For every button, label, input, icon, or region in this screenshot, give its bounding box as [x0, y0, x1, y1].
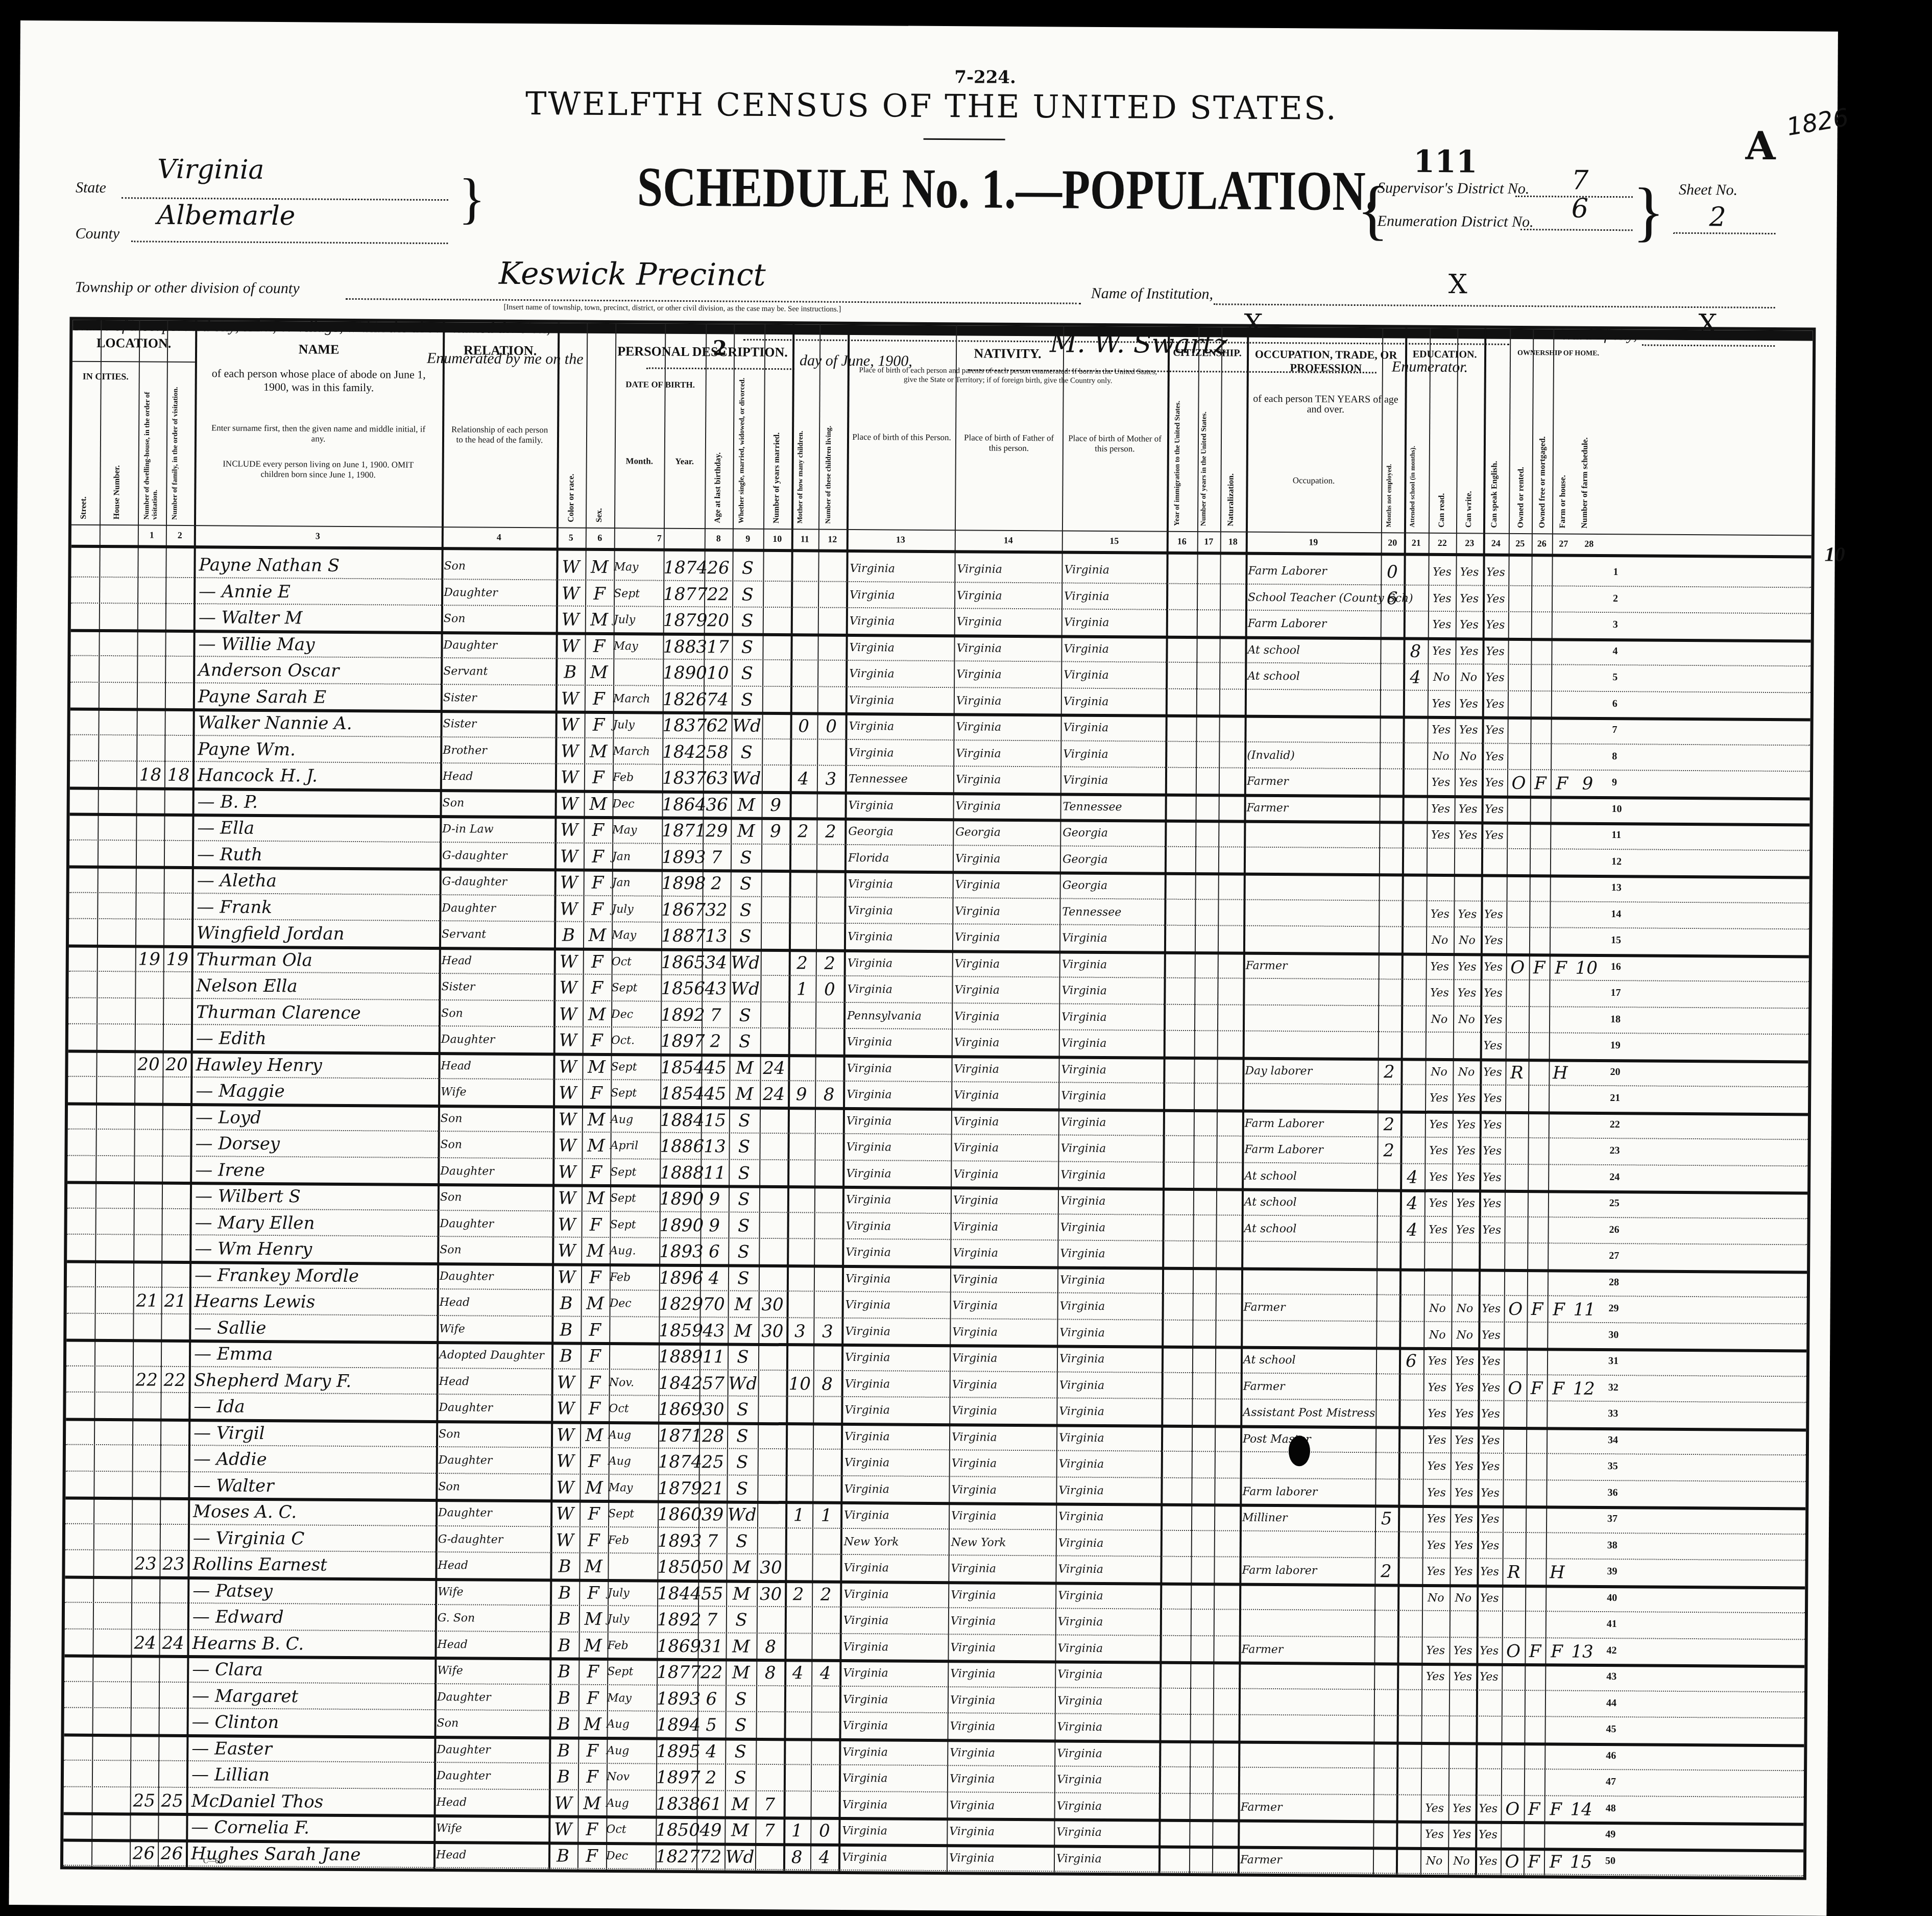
cell-bf: Virginia [957, 611, 1061, 636]
cell-mu [1379, 850, 1402, 875]
cell-year: 1892 [661, 1003, 702, 1028]
cell-fm [1530, 877, 1550, 902]
cell-fam [165, 554, 194, 579]
cell-ym [760, 1004, 788, 1029]
cell-name: — Willie May [198, 633, 438, 659]
cell-month: Feb [608, 1529, 658, 1555]
cell-occ: Farmer [1246, 797, 1379, 823]
cell-write: Yes [1452, 1219, 1479, 1244]
cell-read: Yes [1423, 1350, 1451, 1375]
form-code: 7-224. [954, 67, 1016, 88]
cell-fam [164, 711, 192, 736]
cell-name: — Frankey Mordle [195, 1264, 434, 1290]
cell-sch [1399, 1324, 1423, 1349]
cell-sch [1397, 1587, 1422, 1612]
cell-month [613, 661, 663, 687]
cell-cl [812, 1610, 840, 1635]
cell-sex: F [584, 767, 613, 792]
cell-dw [136, 711, 164, 736]
cell-bm: Virginia [1058, 1479, 1161, 1505]
cell-bp: Virginia [845, 1294, 950, 1320]
cell-eng [1476, 1718, 1501, 1743]
cell-bf: Virginia [953, 1216, 1057, 1241]
cell-age: 9 [701, 1188, 729, 1213]
township-label: Township or other division of county [75, 279, 300, 298]
cell-rel: G-daughter [442, 871, 553, 896]
line-number: 43 [1606, 1671, 1616, 1683]
cell-own [1507, 746, 1530, 771]
cell-fs [1571, 1167, 1599, 1192]
cell-moc [787, 1162, 814, 1187]
cell-bm: Tennessee [1062, 796, 1165, 821]
supervisor-value: 7 [1572, 165, 1588, 196]
cell-mar: S [730, 899, 761, 924]
cell-bp: Virginia [843, 1557, 948, 1583]
cell-sex: F [580, 1398, 609, 1423]
cell-color: B [549, 1687, 578, 1712]
cell-eng: Yes [1480, 983, 1506, 1008]
cell-mar: S [725, 1766, 756, 1791]
cell-fh [1545, 1666, 1568, 1691]
cell-name: Nelson Ella [196, 974, 436, 1001]
line-number: 35 [1608, 1460, 1618, 1472]
cell-year: 1884 [660, 1109, 701, 1134]
cell-cl: 0 [810, 1820, 838, 1845]
cell-dw [131, 1605, 159, 1630]
cell-own [1508, 693, 1531, 718]
cell-read [1421, 1692, 1449, 1717]
cell-cl [817, 741, 845, 767]
cell-month: March [613, 688, 663, 713]
cell-eng: Yes [1483, 614, 1508, 639]
column-number: 12 [818, 534, 847, 545]
cell-fam [159, 1658, 187, 1683]
cell-cl [812, 1557, 840, 1582]
cell-mu: 0 [1381, 561, 1404, 586]
cell-name: Payne Wm. [198, 738, 438, 764]
cell-sex: F [582, 1082, 611, 1107]
cell-bp: Virginia [849, 636, 954, 662]
cell-year: 1898 [662, 872, 703, 897]
cell-cl [814, 1241, 842, 1266]
cell-occ [1246, 876, 1379, 902]
cell-read: Yes [1421, 1639, 1449, 1664]
cell-month [609, 1345, 659, 1371]
cell-occ: Farmer [1246, 954, 1379, 980]
cell-own [1507, 720, 1530, 745]
cell-fs: 10 [1573, 956, 1601, 981]
cell-bp: Virginia [849, 663, 954, 688]
cell-cl [815, 1004, 843, 1029]
cell-ym [759, 1267, 787, 1292]
cell-mu [1373, 1797, 1396, 1822]
cell-sex: F [584, 845, 612, 870]
cell-month: Sept [614, 583, 663, 608]
cell-ym: 8 [756, 1635, 784, 1660]
cell-read: Yes [1422, 1481, 1450, 1506]
cell-write [1448, 1745, 1476, 1770]
cell-eng: Yes [1475, 1798, 1501, 1823]
cell-bm: Virginia [1057, 1637, 1160, 1663]
county-line [131, 241, 448, 244]
cell-fm [1529, 983, 1549, 1008]
cell-age: 5 [697, 1714, 725, 1739]
cell-fm [1527, 1325, 1547, 1350]
cell-moc [790, 662, 817, 687]
cell-month: May [614, 556, 663, 582]
cell-read: No [1422, 1587, 1450, 1612]
cell-moc [789, 847, 816, 872]
cell-fm [1524, 1771, 1544, 1797]
cell-rel: Sister [443, 713, 554, 738]
cell-color: W [553, 1029, 583, 1054]
cell-mar: S [730, 1031, 760, 1056]
cell-sch [1397, 1613, 1422, 1638]
cell-year: 1893 [657, 1687, 697, 1712]
cell-fam: 22 [161, 1369, 189, 1394]
cell-cl [813, 1347, 841, 1372]
cell-eng [1479, 1245, 1504, 1270]
cell-ym [757, 1504, 785, 1529]
cell-month: Nov. [609, 1372, 659, 1397]
cell-fh [1547, 1430, 1569, 1455]
cell-cl [818, 610, 846, 635]
cell-year: 1890 [663, 662, 704, 687]
cell-bf: Virginia [956, 769, 1060, 794]
cell-bp: Virginia [844, 1504, 949, 1530]
cell-bm: Virginia [1063, 743, 1165, 769]
cell-dw [135, 895, 163, 920]
cell-cl [811, 1636, 839, 1661]
column-number: 28 [1575, 539, 1603, 549]
cell-name: — Addie [194, 1448, 433, 1474]
cell-bf: Virginia [950, 1794, 1054, 1820]
cell-fs [1574, 667, 1602, 692]
cell-occ: Milliner [1242, 1507, 1375, 1533]
cell-write: Yes [1448, 1824, 1475, 1849]
cell-year: 1829 [659, 1293, 700, 1318]
cell-dw [137, 580, 165, 605]
cell-fs [1570, 1351, 1598, 1376]
cell-rel: Son [440, 1134, 551, 1159]
cell-moc [784, 1767, 811, 1792]
cell-year: 1893 [659, 1240, 700, 1265]
cell-month: Sept [610, 1161, 660, 1187]
supervisor-label: Supervisor's District No. [1378, 179, 1529, 198]
line-number: 45 [1606, 1723, 1616, 1735]
cell-year: 1897 [656, 1766, 697, 1791]
cell-color: W [551, 1397, 580, 1422]
cell-ym [760, 1109, 788, 1134]
cell-month: July [614, 609, 663, 634]
cell-age: 4 [697, 1740, 725, 1765]
cell-name: — Ella [197, 817, 437, 843]
cell-age: 45 [701, 1083, 729, 1108]
cell-rel: Son [440, 1239, 551, 1264]
cell-sex: M [582, 1056, 611, 1081]
cell-name: — Frank [197, 896, 437, 922]
cell-mar: S [728, 1241, 759, 1266]
cell-eng: Yes [1483, 562, 1508, 587]
cell-month: Dec [610, 1292, 659, 1318]
cell-ym [761, 899, 789, 924]
cell-color: W [554, 898, 583, 923]
cell-dw: 20 [134, 1053, 162, 1078]
cell-sex: M [585, 661, 613, 686]
cell-own: O [1501, 1798, 1524, 1823]
cell-fs [1571, 1246, 1599, 1271]
cell-mar: S [727, 1399, 758, 1424]
cell-occ: Day laborer [1245, 1060, 1378, 1086]
cell-fam [158, 1763, 186, 1788]
cell-cl: 3 [813, 1320, 841, 1345]
cell-own [1502, 1614, 1525, 1639]
cell-mu: 2 [1378, 1113, 1400, 1138]
cell-age: 7 [702, 1004, 730, 1029]
cell-fs [1569, 1456, 1598, 1481]
cell-sch [1398, 1403, 1423, 1428]
cell-own [1503, 1403, 1526, 1428]
cell-month: Sept [607, 1661, 657, 1686]
cell-occ: Farm laborer [1242, 1480, 1375, 1506]
cell-dw [130, 1763, 158, 1788]
line-number: 11 [1611, 829, 1621, 841]
cell-fam [164, 737, 192, 762]
cell-dw [135, 974, 163, 999]
cell-cl [816, 926, 844, 951]
cell-fam [165, 685, 193, 710]
cell-mu [1380, 771, 1403, 796]
cell-eng: Yes [1477, 1535, 1503, 1560]
cell-cl [811, 1767, 839, 1792]
cell-month: Sept [611, 1056, 660, 1082]
cell-year: 1889 [659, 1346, 699, 1371]
cell-ym [759, 1214, 787, 1239]
cell-bm: Virginia [1057, 1663, 1160, 1689]
cell-mu [1376, 1218, 1399, 1243]
cell-age: 45 [701, 1057, 729, 1082]
cell-year: 1871 [662, 820, 703, 845]
cell-month: May [612, 819, 662, 845]
cell-own [1503, 1508, 1526, 1534]
table-top-border [73, 320, 1813, 341]
cell-mu [1374, 1613, 1397, 1638]
cell-mar: S [728, 1214, 759, 1239]
cell-ym [760, 978, 788, 1003]
cell-year: 1864 [662, 793, 703, 818]
cell-dw [137, 632, 165, 657]
line-number: 6 [1612, 698, 1617, 710]
header-education: EDUCATION. [1405, 349, 1484, 361]
cell-own [1502, 1692, 1525, 1717]
cell-moc [786, 1294, 813, 1319]
cell-sch [1402, 903, 1426, 928]
line-number: 44 [1606, 1697, 1616, 1709]
cell-rel: Wife [438, 1581, 549, 1607]
cell-fs [1573, 878, 1601, 903]
cell-bp: Virginia [844, 1399, 949, 1425]
header-farm-schedule: Number of farm schedule. [1580, 386, 1590, 529]
line-number: 33 [1608, 1408, 1618, 1420]
cell-name: — Margaret [192, 1685, 432, 1711]
cell-fs [1567, 1825, 1595, 1850]
cell-sch [1401, 1035, 1426, 1060]
cell-moc [791, 610, 818, 635]
column-number: 2 [166, 530, 194, 541]
cell-eng: Yes [1477, 1587, 1502, 1612]
line-number: 31 [1608, 1355, 1619, 1367]
cell-sch [1399, 1376, 1423, 1401]
cell-sch [1396, 1718, 1421, 1743]
cell-fam [160, 1526, 188, 1551]
cell-age: 58 [703, 741, 731, 766]
line-number: 41 [1607, 1618, 1617, 1630]
cell-fam [158, 1737, 186, 1762]
cell-sch [1396, 1850, 1420, 1875]
cell-rel: Daughter [441, 1028, 552, 1054]
cell-write [1449, 1692, 1476, 1717]
cell-ym [762, 715, 790, 740]
cell-bf: Virginia [954, 1058, 1058, 1084]
cell-eng: Yes [1475, 1824, 1501, 1849]
cell-fh [1544, 1719, 1567, 1744]
cell-year: 1895 [656, 1740, 697, 1765]
cell-read: Yes [1427, 772, 1455, 797]
cell-mar: Wd [731, 715, 762, 740]
cell-occ: Farmer [1243, 1297, 1376, 1323]
column-number: 10 [763, 534, 791, 544]
cell-sch [1398, 1508, 1422, 1533]
line-number: 16 [1611, 961, 1621, 973]
cell-mar: M [726, 1661, 756, 1686]
column-number: 13 [847, 534, 955, 545]
cell-age: 30 [699, 1398, 727, 1423]
cell-month: Sept [610, 1214, 659, 1239]
cell-fam [164, 817, 192, 842]
cell-sex: M [585, 556, 614, 581]
cell-bp: Virginia [848, 899, 952, 925]
cell-occ [1243, 1454, 1375, 1480]
column-number: 7 [614, 533, 705, 544]
cell-fm [1525, 1614, 1545, 1639]
header-birth-father: Place of birth of Father of this person. [958, 433, 1060, 453]
cell-cl: 8 [813, 1373, 841, 1398]
cell-fh [1551, 667, 1574, 692]
cell-eng: Yes [1481, 930, 1506, 955]
cell-fh [1551, 720, 1574, 745]
cell-color: B [550, 1555, 579, 1580]
cell-sex: M [579, 1555, 608, 1580]
cell-month: Jan [612, 846, 662, 871]
cell-fs [1575, 588, 1603, 613]
cell-rel: Son [444, 555, 555, 581]
cell-dw [134, 1184, 162, 1209]
cell-ym [756, 1714, 784, 1739]
cell-eng: Yes [1482, 640, 1508, 665]
cell-bf: Virginia [951, 1479, 1056, 1504]
cell-bm: Virginia [1057, 1690, 1160, 1715]
cell-sex: M [583, 1003, 611, 1028]
cell-cl [817, 689, 846, 714]
cell-rel: Son [441, 1002, 552, 1028]
cell-own [1505, 1114, 1528, 1139]
cell-fs [1573, 851, 1601, 876]
cell-color: W [554, 845, 584, 870]
cell-write: Yes [1448, 1798, 1475, 1823]
cell-rel: Daughter [439, 1397, 550, 1422]
census-sheet: 7-224. TWELFTH CENSUS OF THE UNITED STAT… [9, 20, 1838, 1916]
cell-sex: F [585, 687, 613, 712]
cell-year: 1842 [662, 740, 703, 765]
cell-occ [1247, 691, 1380, 717]
cell-sch [1403, 692, 1428, 717]
cell-mu [1380, 666, 1403, 691]
cell-ym [758, 1451, 786, 1476]
cell-sex: M [579, 1608, 608, 1633]
cell-fs [1572, 1114, 1600, 1139]
cell-occ [1244, 1270, 1376, 1296]
cell-fh [1549, 1114, 1572, 1139]
cell-color: W [550, 1476, 579, 1501]
cell-ym [755, 1846, 783, 1871]
cell-sch [1396, 1744, 1421, 1769]
cell-bm: Tennessee [1062, 901, 1164, 926]
cell-write: Yes [1455, 640, 1482, 665]
header-owned-rented: Owned or rented. [1516, 405, 1526, 528]
cell-fh: H [1549, 1062, 1572, 1087]
cell-occ: School Teacher (County Sch) [1248, 586, 1381, 612]
cell-sex: M [582, 1135, 610, 1160]
brace-right: } [1632, 173, 1664, 250]
cell-own [1506, 1035, 1529, 1060]
cell-ym [763, 610, 791, 635]
cell-fs [1569, 1509, 1597, 1534]
line-number: 15 [1611, 935, 1621, 946]
cell-cl [816, 873, 844, 898]
cell-read: Yes [1427, 798, 1454, 823]
cell-rel: Daughter [444, 582, 555, 607]
cell-fs [1574, 746, 1602, 771]
header-years-married: Number of years married. [772, 375, 782, 523]
cell-fh [1548, 1167, 1571, 1192]
cell-fs: 11 [1570, 1299, 1598, 1324]
cell-rel: Wife [437, 1660, 548, 1685]
cell-mar: Wd [728, 1372, 758, 1397]
cell-bm: Virginia [1060, 1190, 1163, 1215]
cell-ym [758, 1372, 786, 1397]
cell-ym [761, 925, 789, 950]
cell-bp: Virginia [846, 1215, 950, 1240]
cell-sch [1404, 561, 1428, 586]
cell-bm: Virginia [1058, 1611, 1160, 1636]
header-location: LOCATION. [73, 336, 195, 351]
cell-month: Sept [611, 1082, 660, 1108]
cell-mar: S [729, 1188, 759, 1213]
cell-moc: 9 [788, 1083, 815, 1108]
cell-write: No [1453, 1009, 1480, 1034]
cell-mu [1379, 798, 1402, 823]
cell-mu: 6 [1381, 587, 1404, 612]
cell-bf: Virginia [952, 1374, 1057, 1399]
cell-bp: Virginia [842, 1820, 947, 1846]
column-number: 24 [1483, 538, 1509, 549]
cell-age: 6 [697, 1688, 726, 1713]
cell-fh [1548, 1272, 1571, 1297]
cell-write: No [1454, 929, 1481, 954]
column-number: 19 [1246, 537, 1381, 548]
cell-moc [787, 1188, 814, 1213]
cell-bf: Virginia [954, 1111, 1058, 1136]
